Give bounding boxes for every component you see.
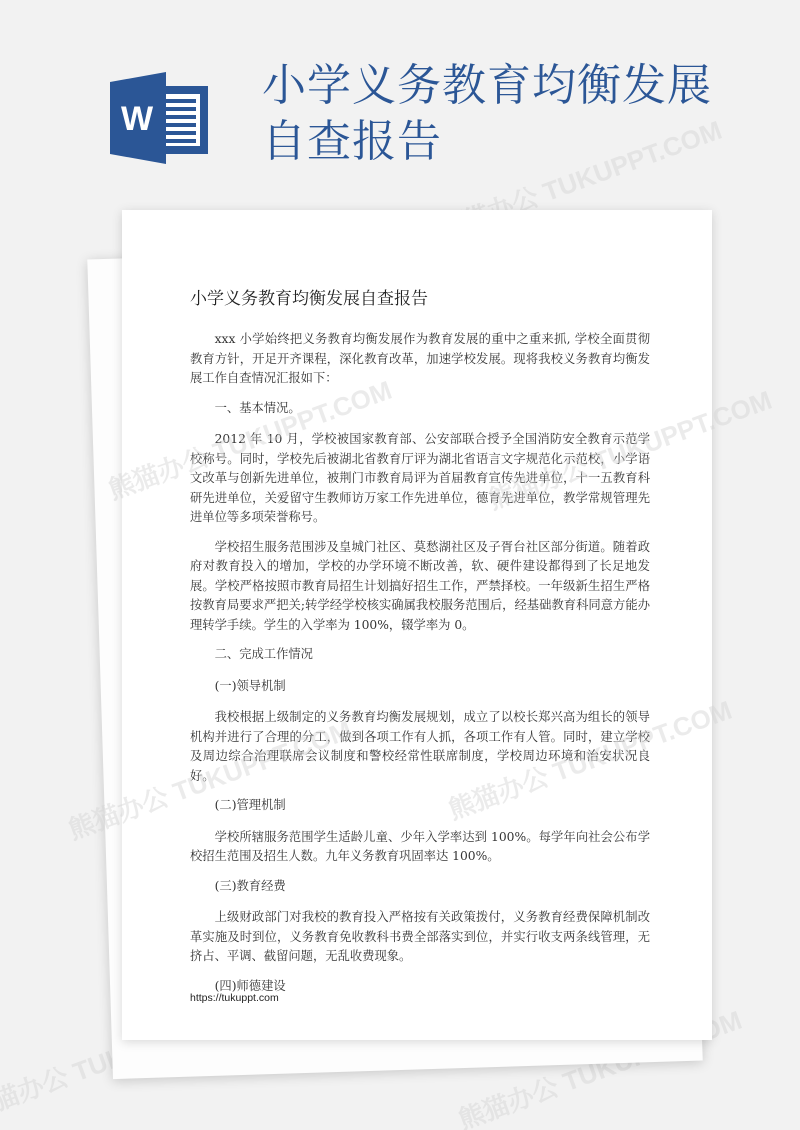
word-document-icon: W (110, 72, 210, 164)
document-title: 小学义务教育均衡发展自查报告 (190, 284, 428, 309)
paragraph: 我校根据上级制定的义务教育均衡发展规划，成立了以校长郑兴高为组长的领导机构并进行… (190, 708, 650, 786)
paragraph: 上级财政部门对我校的教育投入严格按有关政策拨付，义务教育经费保障机制改革实施及时… (190, 908, 650, 967)
section-heading: 一、基本情况。 (190, 399, 650, 419)
paragraph: 学校所辖服务范围学生适龄儿童、少年入学率达到 100%。每学年向社会公布学校招生… (190, 828, 650, 867)
svg-text:W: W (121, 100, 154, 138)
paragraph: xxx 小学始终把义务教育均衡发展作为教育发展的重中之重来抓, 学校全面贯彻教育… (190, 330, 650, 389)
paragraph: 学校招生服务范围涉及皇城门社区、莫愁湖社区及子胥台社区部分街道。随着政府对教育投… (190, 538, 650, 636)
section-heading: (三)教育经费 (190, 877, 650, 897)
footer-url: https://tukuppt.com (190, 992, 279, 1004)
paragraph: 2012 年 10 月，学校被国家教育部、公安部联合授予全国消防安全教育示范学校… (190, 430, 650, 528)
document-page: 小学义务教育均衡发展自查报告 xxx 小学始终把义务教育均衡发展作为教育发展的重… (122, 210, 712, 1040)
page-title: 小学义务教育均衡发展自查报告 (262, 58, 732, 170)
section-heading: (一)领导机制 (190, 677, 650, 697)
document-body: xxx 小学始终把义务教育均衡发展作为教育发展的重中之重来抓, 学校全面贯彻教育… (190, 330, 650, 1008)
section-heading: (二)管理机制 (190, 796, 650, 816)
section-heading: 二、完成工作情况 (190, 645, 650, 665)
